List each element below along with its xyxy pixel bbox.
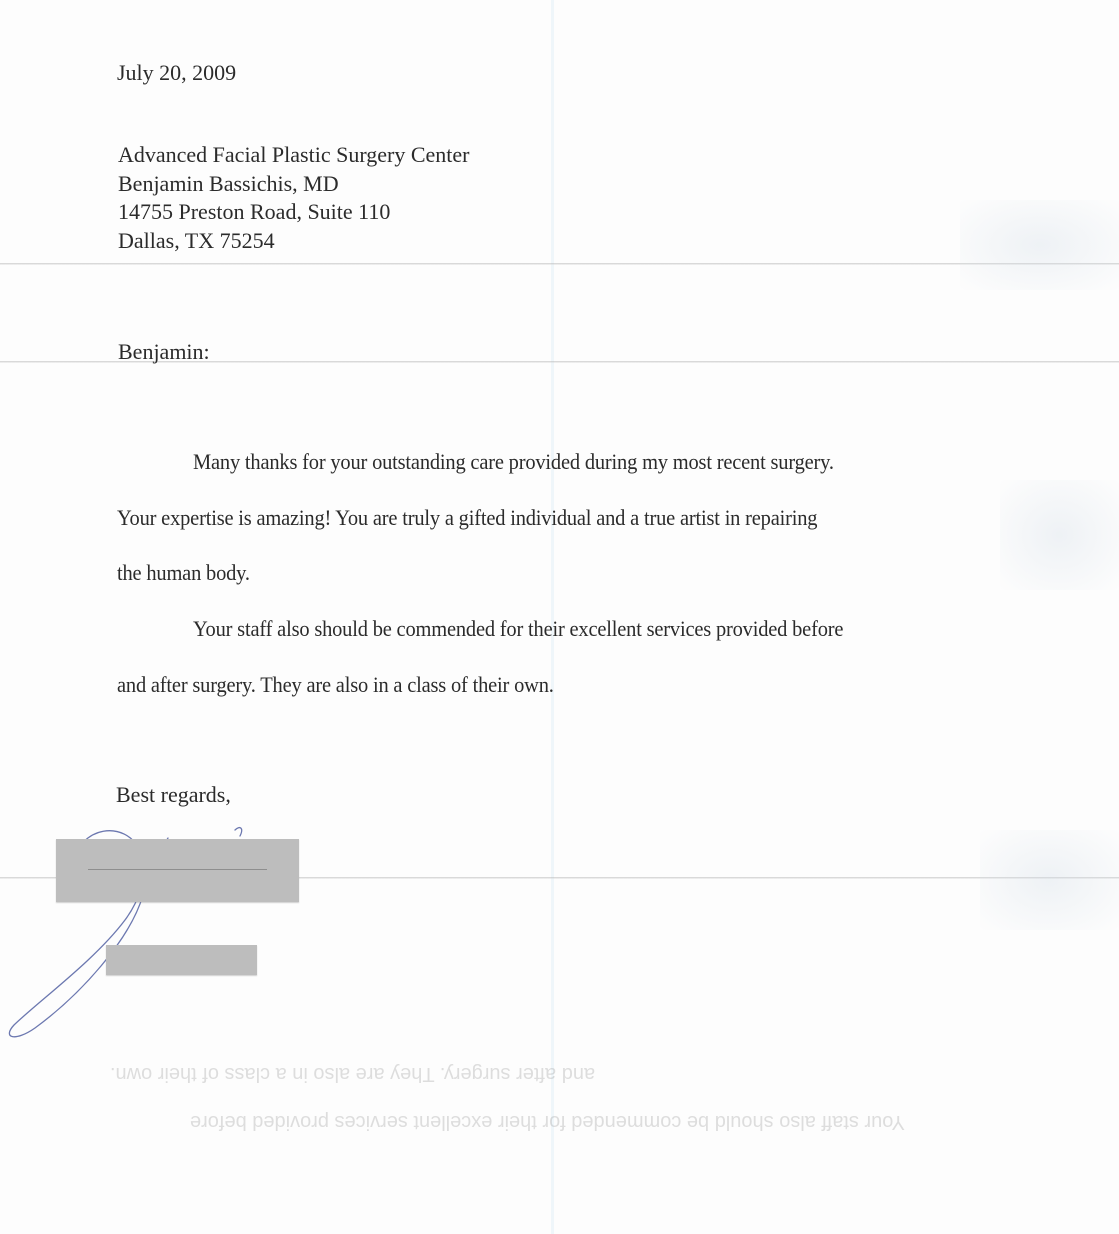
scan-shadow xyxy=(980,830,1119,930)
recipient-city-state-zip: Dallas, TX 75254 xyxy=(118,227,470,256)
scan-shadow xyxy=(1000,480,1119,590)
body-paragraph-1-line-3: the human body. xyxy=(117,559,945,587)
recipient-address: Advanced Facial Plastic Surgery Center B… xyxy=(118,141,470,255)
letter-date: July 20, 2009 xyxy=(117,59,236,87)
bleed-through-text: Your staff also should be commended for … xyxy=(190,1110,905,1133)
bleed-through-text: and after surgery. They are also in a cl… xyxy=(110,1062,595,1085)
body-paragraph-1-line-2: Your expertise is amazing! You are truly… xyxy=(117,504,945,532)
recipient-organization: Advanced Facial Plastic Surgery Center xyxy=(118,141,470,170)
body-paragraph-1-line-1: Many thanks for your outstanding care pr… xyxy=(193,448,1021,476)
scan-shadow xyxy=(960,200,1119,290)
scanned-letter-page: July 20, 2009 Advanced Facial Plastic Su… xyxy=(0,0,1119,1234)
salutation: Benjamin: xyxy=(118,338,210,366)
closing: Best regards, xyxy=(116,781,231,809)
body-paragraph-2-line-2: and after surgery. They are also in a cl… xyxy=(117,671,945,699)
redacted-sender-name xyxy=(56,839,299,902)
recipient-street: 14755 Preston Road, Suite 110 xyxy=(118,198,470,227)
recipient-name: Benjamin Bassichis, MD xyxy=(118,170,470,199)
redaction-artifact-line xyxy=(88,869,267,870)
body-paragraph-2-line-1: Your staff also should be commended for … xyxy=(193,615,1021,643)
redacted-sender-title xyxy=(106,945,257,975)
paper-fold-line xyxy=(0,263,1119,265)
